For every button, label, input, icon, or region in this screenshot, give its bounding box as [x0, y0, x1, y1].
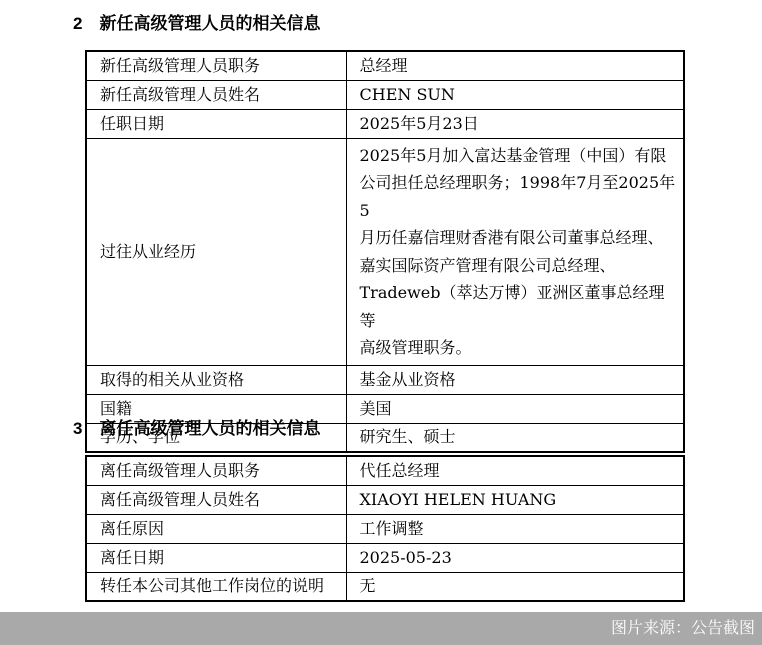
image-source-bar: 图片来源：公告截图	[0, 612, 762, 645]
row-value-cell: 基金从业资格	[346, 365, 684, 394]
row-label-cell: 新任高级管理人员职务	[86, 51, 346, 80]
row-value-cell: 2025-05-23	[346, 543, 684, 572]
row-label-cell: 过往从业经历	[86, 138, 346, 365]
row-label-cell: 离任高级管理人员姓名	[86, 485, 346, 514]
table-row: 离任日期 2025-05-23	[86, 543, 684, 572]
row-label-cell: 转任本公司其他工作岗位的说明	[86, 572, 346, 601]
row-value-cell: 工作调整	[346, 514, 684, 543]
row-label-cell: 离任日期	[86, 543, 346, 572]
row-value-cell: 代任总经理	[346, 456, 684, 485]
table-row: 任职日期 2025年5月23日	[86, 109, 684, 138]
table-row: 转任本公司其他工作岗位的说明 无	[86, 572, 684, 601]
table-row: 新任高级管理人员姓名 CHEN SUN	[86, 80, 684, 109]
row-value-cell: 总经理	[346, 51, 684, 80]
row-value-cell: 美国	[346, 394, 684, 423]
table-row: 离任高级管理人员姓名 XIAOYI HELEN HUANG	[86, 485, 684, 514]
table-row: 新任高级管理人员职务 总经理	[86, 51, 684, 80]
section-title: 新任高级管理人员的相关信息	[99, 12, 320, 36]
row-label-cell: 任职日期	[86, 109, 346, 138]
row-value-cell: 无	[346, 572, 684, 601]
section-number: 3	[73, 417, 82, 441]
row-label-cell: 离任高级管理人员职务	[86, 456, 346, 485]
table-row: 离任高级管理人员职务 代任总经理	[86, 456, 684, 485]
row-value-cell: 2025年5月23日	[346, 109, 684, 138]
section-heading-departing-manager: 3 离任高级管理人员的相关信息	[73, 417, 320, 441]
section-number: 2	[73, 12, 82, 36]
table-row: 取得的相关从业资格 基金从业资格	[86, 365, 684, 394]
announcement-document: 2 新任高级管理人员的相关信息 新任高级管理人员职务 总经理 新任高级管理人员姓…	[0, 0, 762, 645]
table-row: 过往从业经历 2025年5月加入富达基金管理（中国）有限 公司担任总经理职务；1…	[86, 138, 684, 365]
departing-manager-info-table: 离任高级管理人员职务 代任总经理 离任高级管理人员姓名 XIAOYI HELEN…	[85, 455, 685, 602]
row-value-cell: 2025年5月加入富达基金管理（中国）有限 公司担任总经理职务；1998年7月至…	[346, 138, 684, 365]
row-label-cell: 取得的相关从业资格	[86, 365, 346, 394]
new-manager-info-table: 新任高级管理人员职务 总经理 新任高级管理人员姓名 CHEN SUN 任职日期 …	[85, 50, 685, 453]
row-label-cell: 新任高级管理人员姓名	[86, 80, 346, 109]
row-value-cell: 研究生、硕士	[346, 423, 684, 452]
row-value-cell: CHEN SUN	[346, 80, 684, 109]
table-row: 离任原因 工作调整	[86, 514, 684, 543]
row-value-cell: XIAOYI HELEN HUANG	[346, 485, 684, 514]
image-source-label: 图片来源：公告截图	[611, 620, 755, 637]
section-heading-new-manager: 2 新任高级管理人员的相关信息	[73, 12, 320, 36]
section-title: 离任高级管理人员的相关信息	[99, 417, 320, 441]
row-label-cell: 离任原因	[86, 514, 346, 543]
